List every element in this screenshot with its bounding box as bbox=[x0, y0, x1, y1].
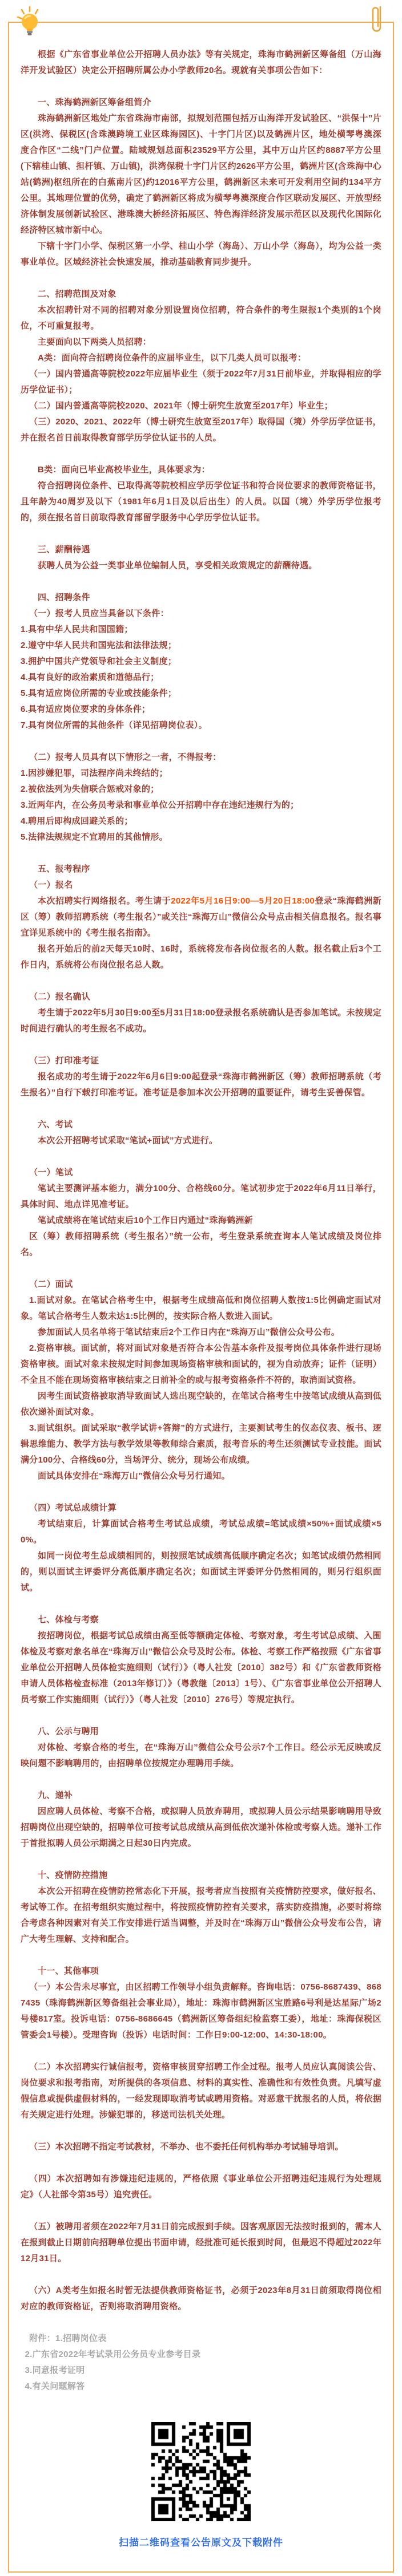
qr-caption[interactable]: 扫描二维码查看公告原文及下载附件 bbox=[21, 2534, 381, 2549]
paragraph: 面试具体安排在“珠海万山”微信公众号另行通知。 bbox=[21, 1468, 381, 1484]
paragraph: （一）本公告未尽事宜，由区招聘工作领导小组负责解释。咨询电话：0756-8687… bbox=[21, 1979, 381, 2043]
paragraph: （一）笔试 bbox=[21, 1165, 381, 1181]
paragraph: 下辖十字门小学、保税区第一小学、桂山小学（海岛）、万山小学（海岛），均为公益一类… bbox=[21, 238, 381, 270]
paragraph: 按招聘岗位，根据考试总成绩由高至低等额确定体检、考察对象，考生考试总成绩、入围体… bbox=[21, 1628, 381, 1708]
registration-period-highlight: 2022年5月16日9:00—5月20日18:00 bbox=[171, 896, 315, 906]
paragraph: 3.面试组织。面试采取“教学试讲+答辩”的方式进行，主要测试考生的仪态仪表、板书… bbox=[21, 1420, 381, 1468]
paragraph: 本次招聘实行网络报名。考生请于2022年5月16日9:00—5月20日18:00… bbox=[21, 893, 381, 941]
paragraph: 3.同意报考证明 bbox=[21, 2363, 381, 2379]
lightbulb-icon bbox=[13, 6, 47, 41]
paragraph: 七、体检与考察 bbox=[21, 1612, 381, 1628]
paragraph: 三、薪酬待遇 bbox=[21, 542, 381, 558]
paragraph: 报名开始后的前2天每天10时、16时，系统将发布各岗位报名的人数。报名截止后3个… bbox=[21, 941, 381, 973]
paragraph: 4.有关问题解答 bbox=[21, 2379, 381, 2395]
paragraph: 如同一岗位考生总成绩相同的，则按照笔试成绩高低顺序确定名次；如笔试成绩仍然相同的… bbox=[21, 1548, 381, 1596]
paragraph: 获聘人员为公益一类事业单位编制人员，享受相关政策规定的薪酬待遇。 bbox=[21, 558, 381, 574]
qr-section: 扫描二维码查看公告原文及下载附件 bbox=[21, 2422, 381, 2549]
paragraph: 5.具有适应岗位所需的专业或技能条件； bbox=[21, 686, 381, 702]
paragraph: 因考生面试资格被取消导致面试人选出现空缺的，在笔试合格考生中按笔试成绩从高到低依… bbox=[21, 1388, 381, 1420]
paragraph: （三）打印准考证 bbox=[21, 1053, 381, 1069]
paragraph: （五）被聘用者须在2022年7月31日前完成报到手续。因客观原因无法按时报到的，… bbox=[21, 2219, 381, 2267]
paragraph: 八、公示与聘用 bbox=[21, 1724, 381, 1740]
paragraph: （三）本次招聘不指定考试教材，不举办、也不委托任何机构举办考试辅导培训。 bbox=[21, 2139, 381, 2155]
paragraph: 四、招聘条件 bbox=[21, 590, 381, 606]
paragraph: 因应聘人员体检、考察不合格，或拟聘人员放弃聘用，或拟聘人员公示结果影响聘用导致招… bbox=[21, 1804, 381, 1852]
paragraph: （一）报名 bbox=[21, 877, 381, 893]
paperclip-icon bbox=[370, 3, 385, 38]
paragraph: 报名成功的考生请于2022年6月6日9:00起登录“珠海市鹤洲新区（筹）教师招聘… bbox=[21, 1069, 381, 1101]
paragraph: 2.广东省2022年考试录用公务员专业参考目录 bbox=[21, 2347, 381, 2363]
paragraph: 1.面试对象。在笔试合格考生中，根据考生成绩高低和岗位招聘人数按1:5比例确定面… bbox=[21, 1293, 381, 1325]
paragraph: 5.法律法规规定不宜聘用的其他情形。 bbox=[21, 829, 381, 845]
paragraph: 珠海鹤洲新区地处广东省珠海市南部，拟规划范围包括万山海洋开发试验区、“洪保十”片… bbox=[21, 111, 381, 238]
paragraph: 区（筹）教师招聘系统（考生报名）”统一公布，考生登录系统查询本人笔试成绩及岗位排… bbox=[21, 1229, 381, 1261]
paragraph: 参加面试人员名单将于笔试结束后2个工作日内在“珠海万山”微信公众号公布。 bbox=[21, 1325, 381, 1340]
paragraph: （二）报考人员具有以下情形之一者，不得报考： bbox=[21, 750, 381, 765]
paragraph: （二）报名确认 bbox=[21, 989, 381, 1005]
paragraph: 符合招聘岗位条件、已取得高等院校相应学历学位证书和符合岗位要求的教师资格证书，且… bbox=[21, 478, 381, 526]
paragraph: 笔试主要测评基本能力，满分100分、合格线60分。笔试初步定于2022年6月11… bbox=[21, 1181, 381, 1213]
paragraph: 五、报考程序 bbox=[21, 861, 381, 877]
paragraph: 3.近两年内，在公务员考录和事业单位公开招聘中存在违纪违规行为的； bbox=[21, 797, 381, 813]
paragraph: 4.具有良好的政治素质和道德品行； bbox=[21, 670, 381, 686]
paragraph: 十、疫情防控措施 bbox=[21, 1868, 381, 1884]
paragraph: 根据《广东省事业单位公开招聘人员办法》等有关规定，珠海市鹤洲新区筹备组（万山海洋… bbox=[21, 47, 381, 79]
paragraph: 本次招聘针对不同的招聘对象分别设置岗位招聘，符合条件的考生限报1个类别的1个岗位… bbox=[21, 302, 381, 334]
content-frame: 根据《广东省事业单位公开招聘人员办法》等有关规定，珠海市鹤洲新区筹备组（万山海洋… bbox=[8, 22, 394, 2573]
paragraph: B类：面向已毕业高校毕业生，具体要求为： bbox=[21, 462, 381, 478]
paragraph: 附件：1.招聘岗位表 bbox=[21, 2331, 381, 2347]
paragraph-text: 本次招聘实行网络报名。考生请于 bbox=[38, 896, 171, 906]
paragraph: 1.具有中华人民共和国国籍； bbox=[21, 622, 381, 638]
paragraph: 1.因涉嫌犯罪，司法程序尚未终结的； bbox=[21, 765, 381, 781]
paragraph: 对体检、考察合格的考生，在“珠海万山”微信公众号公示7个工作日。经公示无反映或反… bbox=[21, 1740, 381, 1772]
paragraph: （二）国内普通高等院校2020、2021年（博士研究生放宽至2017年）毕业生； bbox=[21, 398, 381, 414]
paragraph: 2.被依法列为失信联合惩戒对象的； bbox=[21, 781, 381, 797]
paragraph: 2.遵守中华人民共和国宪法和法律法规； bbox=[21, 638, 381, 654]
announcement-body: 根据《广东省事业单位公开招聘人员办法》等有关规定，珠海市鹤洲新区筹备组（万山海洋… bbox=[21, 47, 381, 2395]
paragraph: 考生请于2022年5月30日9:00至5月31日18:00登录报名系统确认是否参… bbox=[21, 1005, 381, 1037]
paragraph: 6.具有适应岗位要求的身体条件； bbox=[21, 702, 381, 718]
paragraph: 二、招聘范围及对象 bbox=[21, 286, 381, 302]
paragraph: 2.资格审核。面试前，将对面试对象是否符合本公告基本条件及报考岗位具体条件进行现… bbox=[21, 1340, 381, 1388]
qr-code bbox=[151, 2422, 251, 2521]
paragraph: （四）本次招聘如有涉嫌违纪违规的，严格依照《事业单位公开招聘违纪违规行为处理规定… bbox=[21, 2171, 381, 2203]
paragraph: 7.具有岗位所需的其他条件（详见招聘岗位表）。 bbox=[21, 718, 381, 734]
paragraph: （一）国内普通高等院校2022年应届毕业生（须于2022年7月31日前毕业，并取… bbox=[21, 366, 381, 398]
paragraph: （二）本次招聘实行诚信报考，资格审核贯穿招聘工作全过程。报考人员应认真阅读公告、… bbox=[21, 2059, 381, 2123]
paragraph: （六）A类考生如报名时暂无法提供教师资格证书，必须于2023年8月31日前须取得… bbox=[21, 2283, 381, 2315]
paragraph: 十一、其他事项 bbox=[21, 1963, 381, 1979]
paragraph: 笔试成绩将在笔试结束后10个工作日内通过“珠海鹤洲新 bbox=[21, 1213, 381, 1229]
paragraph: （三）2020、2021、2022年（博士研究生放宽至2017年）取得国（境）外… bbox=[21, 414, 381, 446]
paragraph: 3.拥护中国共产党领导和社会主义制度； bbox=[21, 654, 381, 670]
paragraph: 六、考试 bbox=[21, 1117, 381, 1133]
paragraph: 九、递补 bbox=[21, 1788, 381, 1804]
paragraph: 主要面向以下两类人员招聘： bbox=[21, 334, 381, 350]
paragraph: 4.聘用后即构成回避关系的； bbox=[21, 813, 381, 829]
paragraph: （一）报考人员应当具备以下条件： bbox=[21, 606, 381, 622]
paragraph: 本次公开招聘在疫情防控常态化下开展，报考者应当按照有关疫情防控要求，做好报名、考… bbox=[21, 1884, 381, 1947]
paragraph: 一、珠海鹤洲新区筹备组简介 bbox=[21, 95, 381, 111]
paragraph: 考试结束后，计算面试合格考生考试总成绩，考试总成绩=笔试成绩×50%+面试成绩×… bbox=[21, 1516, 381, 1548]
paragraph: A类：面向符合招聘岗位条件的应届毕业生，以下几类人员可以报考： bbox=[21, 350, 381, 366]
paragraph: （二）面试 bbox=[21, 1277, 381, 1293]
paragraph: （四）考试总成绩计算 bbox=[21, 1500, 381, 1516]
announcement-page: 根据《广东省事业单位公开招聘人员办法》等有关规定，珠海市鹤洲新区筹备组（万山海洋… bbox=[0, 22, 402, 2576]
paragraph: 本次公开招聘考试采取“笔试+面试”方式进行。 bbox=[21, 1133, 381, 1149]
